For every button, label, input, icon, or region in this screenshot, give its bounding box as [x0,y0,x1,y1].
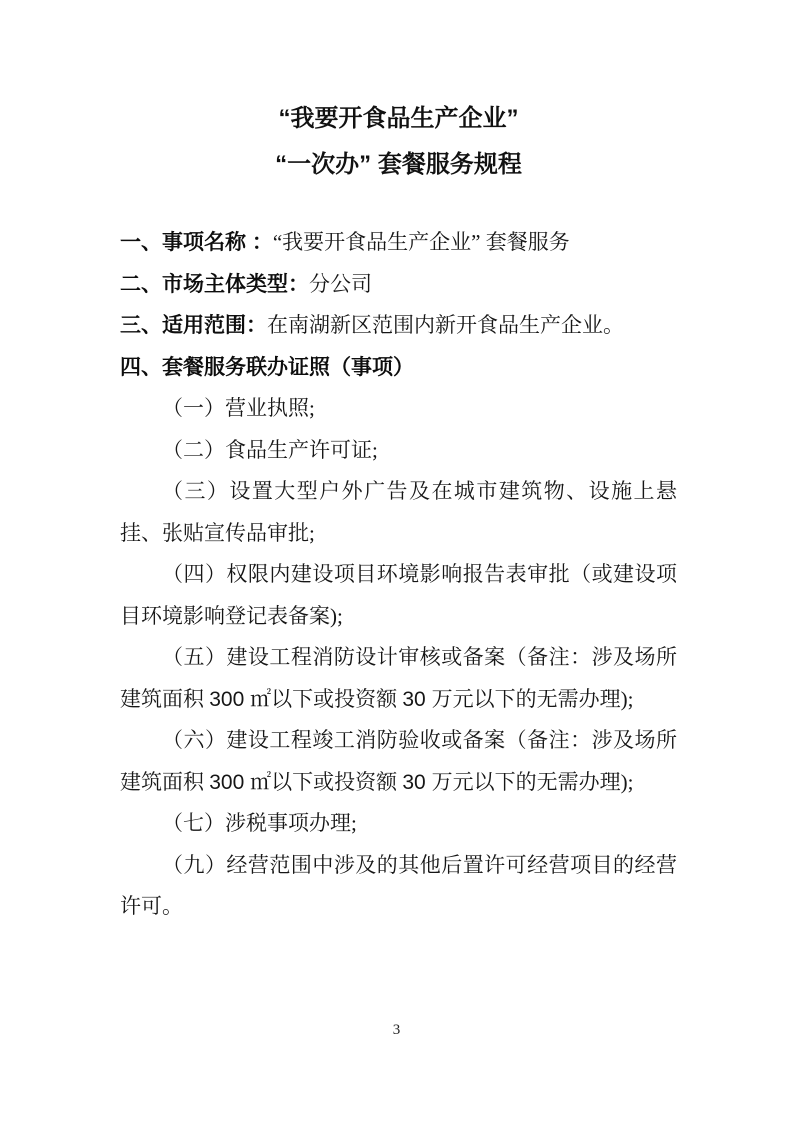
list-item-7: （七）涉税事项办理; [120,803,677,845]
document-page: “我要开食品生产企业” “一次办” 套餐服务规程 一、事项名称 ：“我要开食品生… [0,0,793,1122]
section-item-name-text: “我要开食品生产企业” 套餐服务 [273,230,570,254]
page-number: 3 [0,1020,793,1040]
section-market-entity-type: 二、市场主体类型：分公司 [120,264,677,306]
section-market-entity-type-text: 分公司 [309,272,372,296]
list-item-1: （一）营业执照; [120,388,677,430]
list-item-5: （五）建设工程消防设计审核或备案（备注：涉及场所建筑面积 300 ㎡以下或投资额… [120,637,677,720]
list-item-3: （三）设置大型户外广告及在城市建筑物、设施上悬挂、张贴宣传品审批; [120,471,677,554]
document-body: 一、事项名称 ：“我要开食品生产企业” 套餐服务 二、市场主体类型：分公司 三、… [120,222,677,928]
list-item-6: （六）建设工程竣工消防验收或备案（备注：涉及场所建筑面积 300 ㎡以下或投资额… [120,720,677,803]
section-scope: 三、适用范围：在南湖新区范围内新开食品生产企业。 [120,305,677,347]
section-market-entity-type-heading: 二、市场主体类型： [120,273,309,296]
title-line-1: “我要开食品生产企业” [120,96,677,142]
list-item-8: （九）经营范围中涉及的其他后置许可经营项目的经营许可。 [120,845,677,928]
list-item-4: （四）权限内建设项目环境影响报告表审批（或建设项目环境影响登记表备案); [120,554,677,637]
section-item-name: 一、事项名称 ：“我要开食品生产企业” 套餐服务 [120,222,677,264]
section-item-name-heading: 一、事项名称 ： [120,231,273,254]
document-content: “我要开食品生产企业” “一次办” 套餐服务规程 一、事项名称 ：“我要开食品生… [120,96,677,928]
section-joint-licenses: 四、套餐服务联办证照（事项） [120,347,677,389]
document-title: “我要开食品生产企业” “一次办” 套餐服务规程 [120,96,677,188]
title-line-2: “一次办” 套餐服务规程 [120,142,677,188]
section-scope-heading: 三、适用范围： [120,314,267,337]
section-joint-licenses-heading: 四、套餐服务联办证照（事项） [120,356,414,379]
list-item-2: （二）食品生产许可证; [120,430,677,472]
section-scope-text: 在南湖新区范围内新开食品生产企业。 [267,313,624,337]
